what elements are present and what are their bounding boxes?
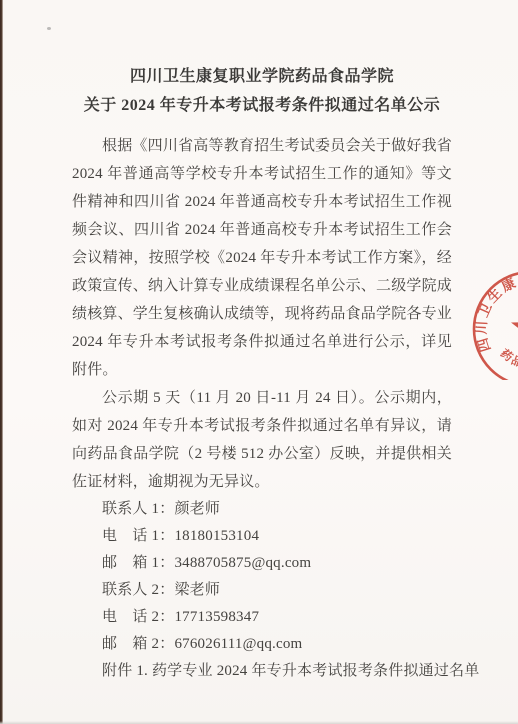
contact-person-1: 联系人 1：颜老师 bbox=[102, 496, 452, 523]
official-seal: 四川卫生康 药品 bbox=[452, 262, 518, 380]
doc-body: 根据《四川省高等教育招生考试委员会关于做好我省 2024 年普通高等学校专升本考… bbox=[72, 132, 452, 685]
paragraph-publicity-period: 公示期 5 天（11 月 20 日-11 月 24 日）。公示期内，如对 202… bbox=[72, 384, 452, 496]
seal-star-icon bbox=[511, 308, 518, 346]
attachment-reference: 附件 1. 药学专业 2024 年专升本考试报考条件拟通过名单 bbox=[102, 658, 452, 685]
contact-person-2: 联系人 2：梁老师 bbox=[102, 577, 452, 604]
doc-title-line1: 四川卫生康复职业学院药品食品学院 bbox=[72, 62, 452, 91]
notice-document: 四川卫生康复职业学院药品食品学院 关于 2024 年专升本考试报考条件拟通过名单… bbox=[0, 0, 518, 685]
seal-arc-text: 四川卫生康 bbox=[474, 273, 518, 353]
contact-email-1: 邮 箱 1：3488705875@qq.com bbox=[102, 550, 452, 577]
contact-phone-1: 电 话 1：18180153104 bbox=[102, 523, 452, 550]
contact-phone-2: 电 话 2：17713598347 bbox=[102, 604, 452, 631]
paragraph-basis: 根据《四川省高等教育招生考试委员会关于做好我省 2024 年普通高等学校专升本考… bbox=[72, 132, 452, 384]
contact-email-2: 邮 箱 2：676026111@qq.com bbox=[102, 631, 452, 658]
seal-bottom-text: 药品 bbox=[498, 346, 518, 371]
scanned-notice-page: 四川卫生康复职业学院药品食品学院 关于 2024 年专升本考试报考条件拟通过名单… bbox=[0, 0, 518, 724]
doc-title-line2: 关于 2024 年专升本考试报考条件拟通过名单公示 bbox=[72, 91, 452, 120]
